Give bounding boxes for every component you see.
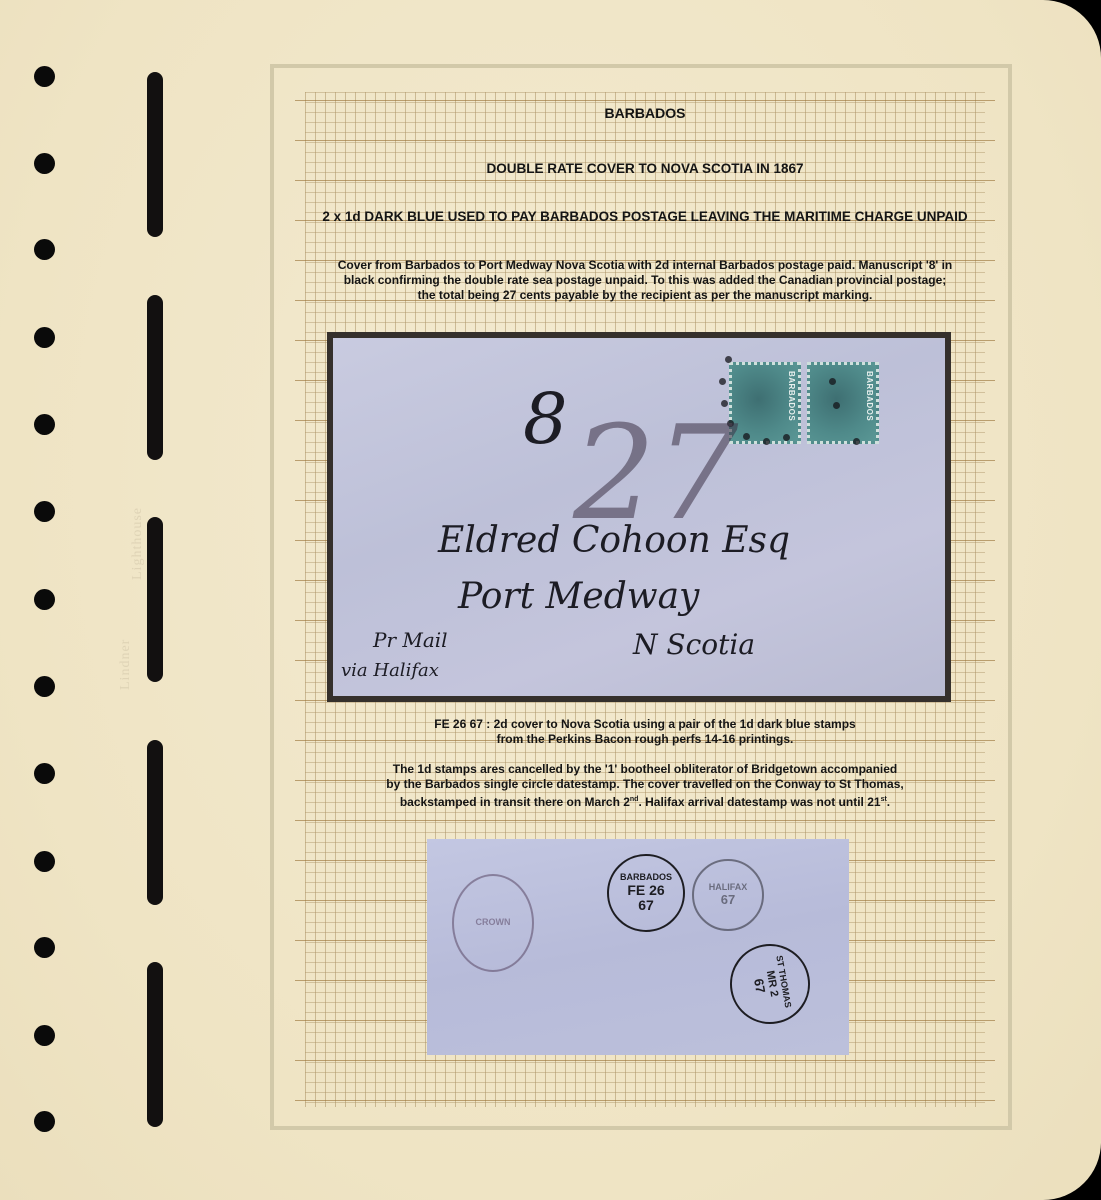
- postmark-year: 67: [751, 978, 768, 995]
- binder-slot: [147, 962, 163, 1127]
- address-town: Port Medway: [458, 576, 699, 617]
- postmark-date: FE 26: [627, 883, 664, 898]
- manuscript-rate: 8: [523, 378, 568, 460]
- punch-hole: [34, 153, 55, 174]
- postmark-year: 67: [721, 893, 735, 907]
- page-subheading: 2 x 1d DARK BLUE USED TO PAY BARBADOS PO…: [300, 209, 990, 224]
- punch-hole: [34, 676, 55, 697]
- binder-slot: [147, 72, 163, 237]
- punch-hole: [34, 937, 55, 958]
- stamp-label: BARBADOS: [787, 371, 796, 421]
- binder-slot: [147, 517, 163, 682]
- notes-line: by the Barbados single circle datestamp.…: [300, 777, 990, 792]
- binder-slot: [147, 295, 163, 460]
- punch-hole: [34, 66, 55, 87]
- postmark-st-thomas: ST THOMAS MR 2 67: [724, 938, 817, 1031]
- caption-line: from the Perkins Bacon rough perfs 14-16…: [300, 732, 990, 747]
- watermark-right: Lighthouse: [130, 507, 146, 580]
- address-name: Eldred Cohoon Esq: [438, 520, 790, 561]
- notes-line: backstamped in transit there on March 2n…: [300, 792, 990, 810]
- routing-via: via Halifax: [341, 660, 439, 681]
- page-title: BARBADOS: [300, 105, 990, 121]
- description-line: black confirming the double rate sea pos…: [300, 273, 990, 288]
- notes-text: . Halifax arrival datestamp was not unti…: [638, 795, 880, 809]
- binder-slot: [147, 740, 163, 905]
- postmark-year: 67: [638, 898, 654, 913]
- stamp-label: BARBADOS: [865, 371, 874, 421]
- watermark-left: Lindner: [118, 639, 134, 690]
- oval-handstamp-text: CROWN: [476, 918, 511, 928]
- cover-caption: FE 26 67 : 2d cover to Nova Scotia using…: [300, 717, 990, 747]
- caption-line: FE 26 67 : 2d cover to Nova Scotia using…: [300, 717, 990, 732]
- cover-description: Cover from Barbados to Port Medway Nova …: [300, 258, 990, 303]
- postmark-barbados: BARBADOS FE 26 67: [607, 854, 685, 932]
- page-subtitle: DOUBLE RATE COVER TO NOVA SCOTIA IN 1867: [300, 161, 990, 176]
- cancel-mark: [763, 438, 770, 445]
- punch-hole: [34, 239, 55, 260]
- cover-notes: The 1d stamps ares cancelled by the '1' …: [300, 762, 990, 810]
- punch-hole: [34, 501, 55, 522]
- punch-hole: [34, 414, 55, 435]
- cover-front-image: BARBADOS BARBADOS 8 27 Eldred Cohoon Esq…: [327, 332, 951, 702]
- address-province: N Scotia: [633, 628, 755, 661]
- manuscript-total: 27: [573, 408, 738, 538]
- postmark-halifax: HALIFAX 67: [692, 859, 764, 931]
- stamp: BARBADOS: [729, 362, 801, 444]
- punch-hole: [34, 763, 55, 784]
- cancel-mark: [719, 378, 726, 385]
- cancel-mark: [853, 438, 860, 445]
- notes-line: The 1d stamps ares cancelled by the '1' …: [300, 762, 990, 777]
- notes-text: backstamped in transit there on March 2: [400, 795, 630, 809]
- punch-hole: [34, 589, 55, 610]
- cancel-mark: [743, 433, 750, 440]
- envelope-front: BARBADOS BARBADOS 8 27 Eldred Cohoon Esq…: [333, 338, 945, 696]
- cancel-mark: [829, 378, 836, 385]
- punch-hole: [34, 1025, 55, 1046]
- cancel-mark: [783, 434, 790, 441]
- punch-hole: [34, 327, 55, 348]
- punch-hole: [34, 1111, 55, 1132]
- cover-back-image: CROWN BARBADOS FE 26 67 HALIFAX 67 ST TH…: [427, 839, 849, 1055]
- cancel-mark: [725, 356, 732, 363]
- album-page: Lindner Lighthouse BARBADOS DOUBLE RATE …: [0, 0, 1101, 1200]
- cancel-mark: [833, 402, 840, 409]
- punch-hole: [34, 851, 55, 872]
- notes-text: .: [887, 795, 890, 809]
- routing-mail: Pr Mail: [373, 628, 448, 652]
- oval-handstamp: CROWN: [452, 874, 534, 972]
- description-line: the total being 27 cents payable by the …: [300, 288, 990, 303]
- description-line: Cover from Barbados to Port Medway Nova …: [300, 258, 990, 273]
- stamp: BARBADOS: [807, 362, 879, 444]
